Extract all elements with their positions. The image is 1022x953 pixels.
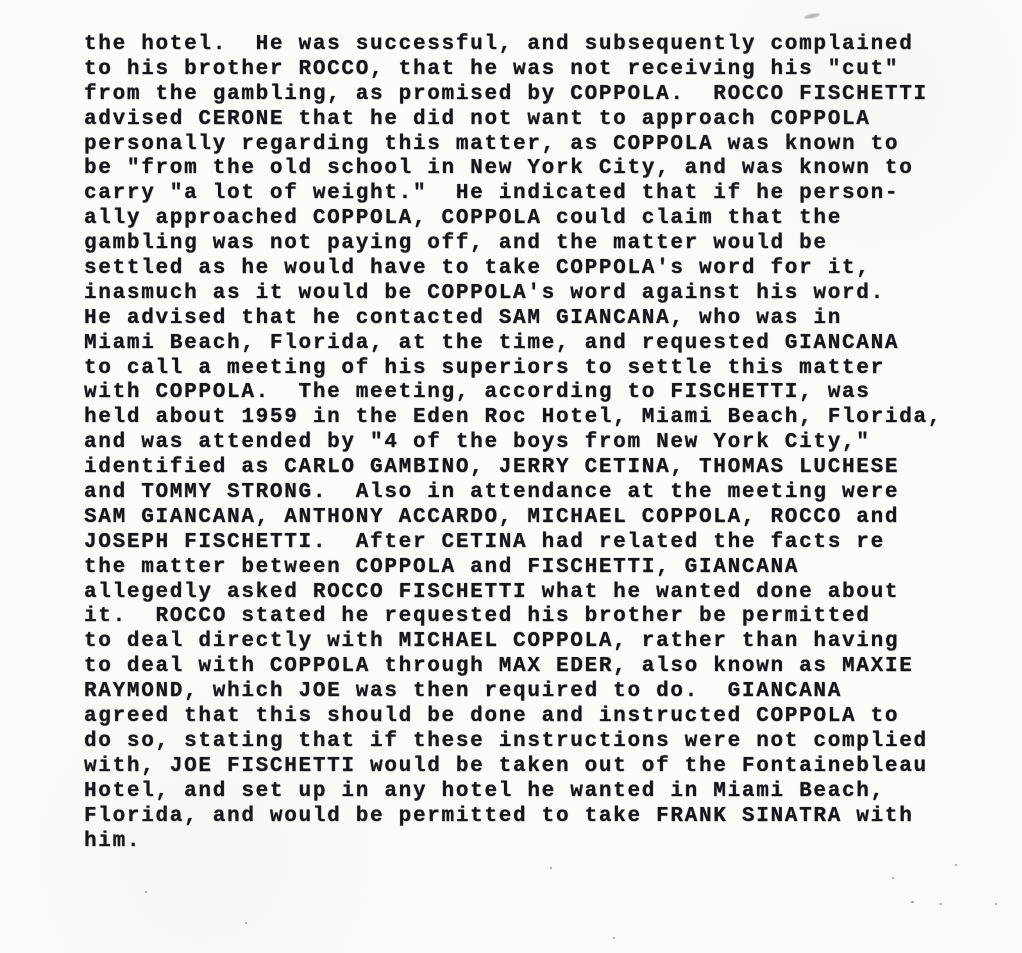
text-line: with, JOE FISCHETTI would be taken out o… [84, 755, 942, 780]
text-line: to deal directly with MICHAEL COPPOLA, r… [84, 630, 942, 655]
scanned-document-page: the hotel. He was successful, and subseq… [0, 0, 1022, 953]
text-line: held about 1959 in the Eden Roc Hotel, M… [84, 406, 942, 431]
text-line: be "from the old school in New York City… [84, 157, 942, 182]
text-line: agreed that this should be done and inst… [84, 705, 942, 730]
scan-speck [245, 922, 247, 924]
text-line: from the gambling, as promised by COPPOL… [84, 83, 942, 108]
scan-speck [550, 867, 552, 869]
text-line: SAM GIANCANA, ANTHONY ACCARDO, MICHAEL C… [84, 506, 942, 531]
scan-speck [892, 877, 894, 879]
text-line: Hotel, and set up in any hotel he wanted… [84, 780, 942, 805]
scan-speck [955, 864, 957, 866]
text-line: to his brother ROCCO, that he was not re… [84, 58, 942, 83]
text-line: the hotel. He was successful, and subseq… [84, 33, 942, 58]
text-line: the matter between COPPOLA and FISCHETTI… [84, 556, 942, 581]
text-line: with COPPOLA. The meeting, according to … [84, 381, 942, 406]
text-line: personally regarding this matter, as COP… [84, 133, 942, 158]
text-line: to call a meeting of his superiors to se… [84, 357, 942, 382]
scan-speck [145, 891, 147, 893]
text-line: carry "a lot of weight." He indicated th… [84, 182, 942, 207]
text-line: ally approached COPPOLA, COPPOLA could c… [84, 207, 942, 232]
document-text-block: the hotel. He was successful, and subseq… [84, 33, 942, 854]
text-line: and was attended by "4 of the boys from … [84, 431, 942, 456]
text-line: and TOMMY STRONG. Also in attendance at … [84, 481, 942, 506]
text-line: RAYMOND, which JOE was then required to … [84, 680, 942, 705]
scan-smudge [804, 12, 820, 19]
text-line: him. [84, 830, 942, 855]
scan-speck [995, 903, 997, 905]
scan-speck [911, 901, 914, 903]
text-line: He advised that he contacted SAM GIANCAN… [84, 307, 942, 332]
text-line: settled as he would have to take COPPOLA… [84, 257, 942, 282]
text-line: gambling was not paying off, and the mat… [84, 232, 942, 257]
text-line: advised CERONE that he did not want to a… [84, 108, 942, 133]
scan-speck [613, 937, 615, 939]
text-line: to deal with COPPOLA through MAX EDER, a… [84, 655, 942, 680]
text-line: allegedly asked ROCCO FISCHETTI what he … [84, 581, 942, 606]
text-line: it. ROCCO stated he requested his brothe… [84, 605, 942, 630]
text-line: Florida, and would be permitted to take … [84, 805, 942, 830]
text-line: inasmuch as it would be COPPOLA's word a… [84, 282, 942, 307]
scan-speck [940, 903, 942, 905]
text-line: JOSEPH FISCHETTI. After CETINA had relat… [84, 531, 942, 556]
text-line: identified as CARLO GAMBINO, JERRY CETIN… [84, 456, 942, 481]
text-line: Miami Beach, Florida, at the time, and r… [84, 332, 942, 357]
text-line: do so, stating that if these instruction… [84, 730, 942, 755]
